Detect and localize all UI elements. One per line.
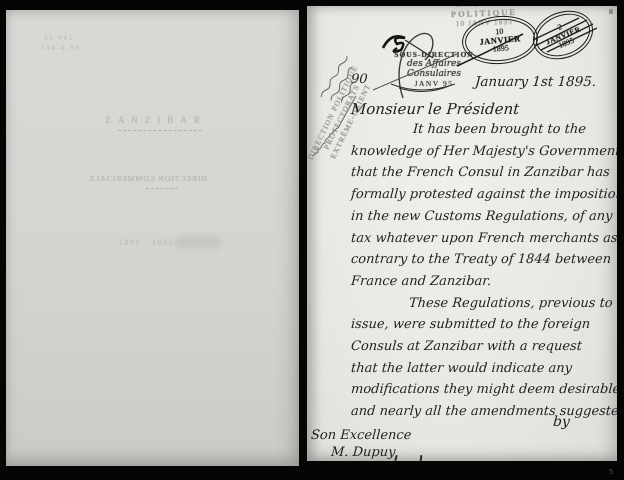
registry-stamp-line: JANV 95 (381, 79, 487, 88)
page-corner-mark (609, 9, 613, 14)
archive-code-line: 93 P01 (44, 34, 73, 42)
letter-page: DIRECTION POLITIQUE PROTECTORATS EXTRÊME… (307, 6, 617, 461)
oval-date-stamp-jan2: 2 JANVIER 1895 (526, 6, 601, 68)
letter-line: contrary to the Treaty of 1844 between (350, 252, 611, 267)
letter-line: issue, were submitted to the foreign (350, 317, 590, 332)
cover-subtitle-underline (146, 188, 178, 189)
letter-line: modifications they might deem desirable, (350, 382, 617, 397)
cover-title-underline (118, 130, 202, 131)
cover-smudge (174, 236, 222, 249)
stamp-month: JANVIER (544, 24, 582, 46)
registry-stamp-line: SOUS-DIRECTION (381, 50, 487, 59)
address-line: Son Excellence (310, 428, 411, 443)
letter-line: that the latter would indicate any (350, 361, 572, 376)
letter-line: that the French Consul in Zanzibar has (350, 165, 610, 180)
film-frame-mark: 5 (609, 468, 614, 474)
letter-salutation: Monsieur le Président (350, 100, 520, 118)
cut-ink-mark (394, 455, 397, 461)
letter-line: in the new Customs Regulations, of any (350, 209, 612, 224)
stamp-month: JANVIER (479, 34, 521, 47)
cover-page: 93 P01 746-8-95 ZANZIBAR DIRECTION COMME… (6, 10, 299, 466)
registry-stamp-line: des Affaires Consulaires (381, 59, 487, 79)
letter-line: formally protested against the impositio… (350, 187, 617, 202)
letter-line: tax whatever upon French merchants as (350, 231, 617, 246)
stamp-day: 2 (556, 23, 563, 32)
stamp-day: 10 (495, 27, 504, 36)
letter-line: It has been brought to the (412, 122, 586, 137)
cover-date-range: 1891 - 1895 (119, 238, 174, 247)
microfilm-scan: 93 P01 746-8-95 ZANZIBAR DIRECTION COMME… (0, 0, 624, 480)
address-line: M. Dupuy (330, 445, 395, 460)
cut-ink-mark (420, 455, 423, 461)
stamp-year: 1895 (492, 44, 509, 53)
sous-direction-stamp: SOUS-DIRECTION des Affaires Consulaires … (381, 50, 487, 88)
folio-number: 90 (350, 72, 368, 87)
cover-subtitle-mirrored-bleedthrough: DIRECTION COMMERCIALE (111, 174, 207, 183)
letter-date: January 1st 1895. (474, 74, 596, 90)
letter-line: knowledge of Her Majesty's Government (350, 144, 617, 159)
letter-line: These Regulations, previous to their (408, 296, 617, 311)
letter-line: France and Zanzibar. (350, 274, 491, 289)
letter-line: and nearly all the amendments suggested (350, 404, 617, 419)
stamp-year: 1895 (557, 36, 575, 49)
letter-catchword: by (552, 414, 570, 430)
archive-code-line: 746-8-95 (41, 44, 80, 52)
letter-line: Consuls at Zanzibar with a request (350, 339, 582, 354)
cover-title: ZANZIBAR (6, 115, 299, 125)
